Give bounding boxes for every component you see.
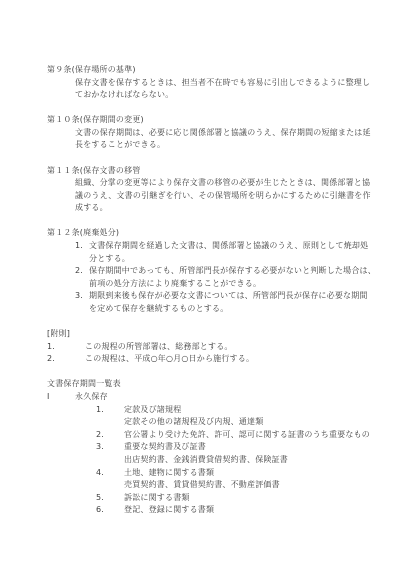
retention-category-row: Ⅰ 永久保存 xyxy=(47,391,365,404)
article-11-body: 組織、分掌の変更等により保存文書の移管の必要が生じたときは、関係部署と協 議のう… xyxy=(75,177,365,215)
clause-item-number: 1. xyxy=(75,240,89,265)
clause-item-2: 2. 保存期間中であっても、所管部門長が保存する必要がないと判断した場合は、 前… xyxy=(75,265,365,290)
retention-item-3: 3. 重要な契約書及び証書 xyxy=(96,441,365,454)
retention-item-detail: 売買契約書、賃貸借契約書、不動産評価書 xyxy=(124,479,365,492)
retention-item-number: 1. xyxy=(96,404,124,417)
retention-item-detail: 出店契約書、金銭消費貸借契約書、保険証書 xyxy=(124,454,365,467)
body-line: 保存文書を保存するときは、担当者不在時でも容易に引出しできるように整理し xyxy=(75,77,365,90)
retention-category-number: Ⅰ xyxy=(47,391,75,404)
article-10-heading: 第１０条(保存期間の変更) xyxy=(47,114,365,127)
body-line: 成する。 xyxy=(75,202,365,215)
clause-item-number: 2. xyxy=(75,265,89,290)
retention-item-detail: 定款その他の諸規程及び内規、通達類 xyxy=(124,416,365,429)
supplement-item-2: 2. この規程は、平成○年○月○日から施行する。 xyxy=(47,353,365,366)
supplement-item-number: 1. xyxy=(47,341,85,354)
clause-item-text: 文書保存期間を経過した文書は、関係部署と協議のうえ、原則として焼却処 分とする。 xyxy=(89,240,368,265)
body-line: 保存期間中であっても、所管部門長が保存する必要がないと判断した場合は、 xyxy=(89,265,376,278)
clause-item-text: 期限到来後も保存が必要な文書については、所管部門長が保存に必要な期間 を定めて保… xyxy=(89,290,368,315)
article-10-body: 文書の保存期間は、必要に応じ関係部署と協議のうえ、保存期間の短縮または延 長をす… xyxy=(75,127,365,152)
retention-item-text: 訴訟に関する書類 xyxy=(124,492,190,505)
retention-item-text: 定款及び諸規程 xyxy=(124,404,181,417)
retention-item-text: 登記、登録に関する書類 xyxy=(124,504,214,517)
retention-table-title: 文書保存期間一覧表 xyxy=(47,378,365,391)
article-9-body: 保存文書を保存するときは、担当者不在時でも容易に引出しできるように整理し ておか… xyxy=(75,77,365,102)
supplement-item-text: この規程の所管部署は、総務部とする。 xyxy=(85,341,233,354)
body-line: 組織、分掌の変更等により保存文書の移管の必要が生じたときは、関係部署と協 xyxy=(75,177,365,190)
body-line: 前項の処分方法により廃棄することができる。 xyxy=(89,278,376,291)
retention-item-5: 5. 訴訟に関する書類 xyxy=(96,492,365,505)
retention-item-6: 6. 登記、登録に関する書類 xyxy=(96,504,365,517)
supplement-item-text: この規程は、平成○年○月○日から施行する。 xyxy=(85,353,254,366)
article-9-heading: 第９条(保存場所の基準) xyxy=(47,64,365,77)
retention-item-text: 重要な契約書及び証書 xyxy=(124,441,206,454)
retention-table-section: 文書保存期間一覧表 Ⅰ 永久保存 1. 定款及び諸規程 定款その他の諸規程及び内… xyxy=(47,378,365,517)
article-11-heading: 第１１条(保存文書の移管 xyxy=(47,165,365,178)
supplement-section: [附則] 1. この規程の所管部署は、総務部とする。 2. この規程は、平成○年… xyxy=(47,328,365,366)
article-12: 第１２条(廃棄処分) 1. 文書保存期間を経過した文書は、関係部署と協議のうえ、… xyxy=(47,227,365,315)
article-12-heading: 第１２条(廃棄処分) xyxy=(47,227,365,240)
retention-item-text: 官公署より受けた免許、許可、認可に関する証書のうち重要なもの xyxy=(124,429,370,442)
supplement-item-1: 1. この規程の所管部署は、総務部とする。 xyxy=(47,341,365,354)
retention-item-number: 4. xyxy=(96,467,124,480)
body-line: 議のうえ、文書の引継ぎを行い、その保管場所を明らかにするために引継書を作 xyxy=(75,190,365,203)
article-9: 第９条(保存場所の基準) 保存文書を保存するときは、担当者不在時でも容易に引出し… xyxy=(47,64,365,102)
article-10: 第１０条(保存期間の変更) 文書の保存期間は、必要に応じ関係部署と協議のうえ、保… xyxy=(47,114,365,152)
retention-item-1: 1. 定款及び諸規程 xyxy=(96,404,365,417)
clause-item-1: 1. 文書保存期間を経過した文書は、関係部署と協議のうえ、原則として焼却処 分と… xyxy=(75,240,365,265)
body-line: 文書の保存期間は、必要に応じ関係部署と協議のうえ、保存期間の短縮または延 xyxy=(75,127,365,140)
document-page: 第９条(保存場所の基準) 保存文書を保存するときは、担当者不在時でも容易に引出し… xyxy=(0,0,410,580)
clause-item-text: 保存期間中であっても、所管部門長が保存する必要がないと判断した場合は、 前項の処… xyxy=(89,265,376,290)
body-line: ておかなければならない。 xyxy=(75,89,365,102)
retention-item-number: 6. xyxy=(96,504,124,517)
clause-item-3: 3. 期限到来後も保存が必要な文書については、所管部門長が保存に必要な期間 を定… xyxy=(75,290,365,315)
retention-item-number: 5. xyxy=(96,492,124,505)
clause-item-number: 3. xyxy=(75,290,89,315)
retention-item-4: 4. 土地、建物に関する書類 xyxy=(96,467,365,480)
article-11: 第１１条(保存文書の移管 組織、分掌の変更等により保存文書の移管の必要が生じたと… xyxy=(47,165,365,215)
retention-item-number: 3. xyxy=(96,441,124,454)
retention-category-label: 永久保存 xyxy=(75,391,108,404)
body-line: を定めて保存を継続するものとする。 xyxy=(89,303,368,316)
supplement-heading: [附則] xyxy=(47,328,365,341)
body-line: 分とする。 xyxy=(89,253,368,266)
supplement-item-number: 2. xyxy=(47,353,85,366)
article-12-body: 1. 文書保存期間を経過した文書は、関係部署と協議のうえ、原則として焼却処 分と… xyxy=(75,240,365,316)
body-line: 文書保存期間を経過した文書は、関係部署と協議のうえ、原則として焼却処 xyxy=(89,240,368,253)
body-line: 長をすることができる。 xyxy=(75,139,365,152)
retention-item-number: 2. xyxy=(96,429,124,442)
body-line: 期限到来後も保存が必要な文書については、所管部門長が保存に必要な期間 xyxy=(89,290,368,303)
retention-item-text: 土地、建物に関する書類 xyxy=(124,467,214,480)
retention-item-2: 2. 官公署より受けた免許、許可、認可に関する証書のうち重要なもの xyxy=(96,429,365,442)
